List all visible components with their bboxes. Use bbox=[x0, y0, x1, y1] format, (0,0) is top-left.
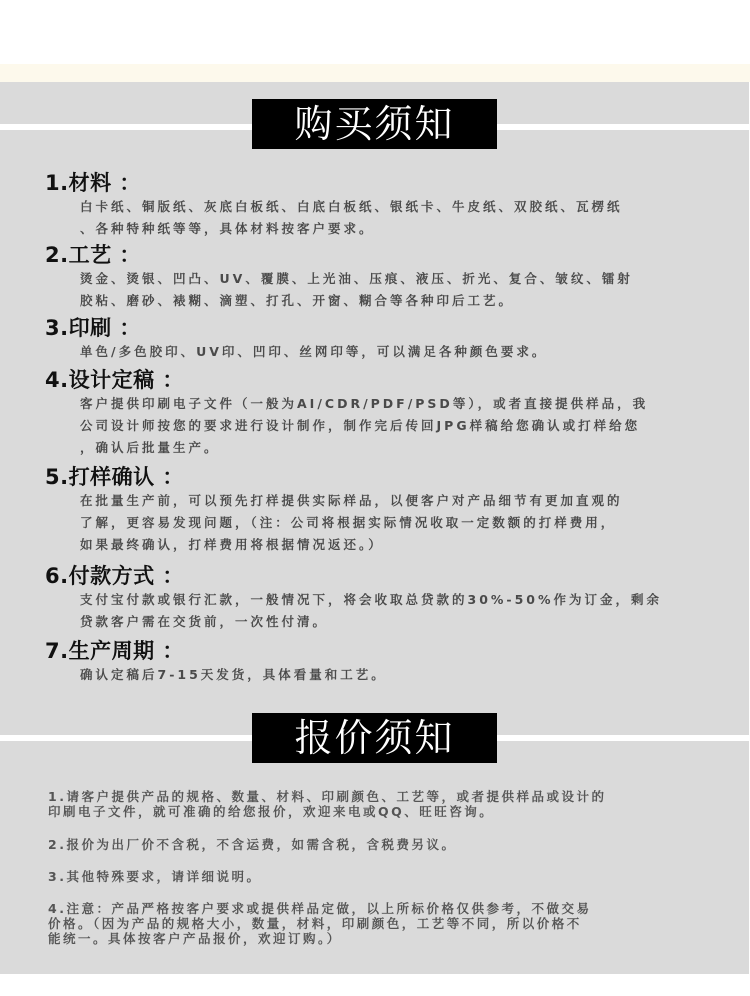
section-line: 、各种特种纸等等，具体材料按客户要求。 bbox=[80, 218, 623, 240]
section-line: 如果最终确认，打样费用将根据情况返还。） bbox=[80, 534, 623, 556]
section-payment: 6.付款方式 ： 支付宝付款或银行汇款，一般情况下，将会收取总贷款的30%-50… bbox=[45, 563, 662, 633]
section-line: 了解，更容易发现问题，（注：公司将根据实际情况收取一定数额的打样费用， bbox=[80, 512, 623, 534]
section-production-cycle: 7.生产周期 ： 确认定稿后7-15天发货，具体看量和工艺。 bbox=[45, 638, 387, 686]
purchase-notice-title: 购买须知 bbox=[252, 99, 497, 149]
section-line: 在批量生产前，可以预先打样提供实际样品，以便客户对产品细节有更加直观的 bbox=[80, 490, 623, 512]
section-heading: 6.付款方式 ： bbox=[45, 563, 662, 589]
note-line: 印刷电子文件，就可准确的给您报价，欢迎来电或QQ、旺旺咨询。 bbox=[48, 804, 708, 819]
section-heading: 4.设计定稿 ： bbox=[45, 367, 648, 393]
section-heading: 2.工艺 ： bbox=[45, 242, 633, 268]
section-line: 客户提供印刷电子文件（一般为AI/CDR/PDF/PSD等），或者直接提供样品，… bbox=[80, 393, 648, 415]
note-line: 4.注意：产品严格按客户要求或提供样品定做，以上所标价格仅供参考，不做交易 bbox=[48, 901, 708, 916]
quote-note-1: 1.请客户提供产品的规格、数量、材料、印刷颜色、工艺等，或者提供样品或设计的 印… bbox=[48, 789, 708, 819]
section-heading: 7.生产周期 ： bbox=[45, 638, 387, 664]
section-materials: 1.材料 ： 白卡纸、铜版纸、灰底白板纸、白底白板纸、银纸卡、牛皮纸、双胶纸、瓦… bbox=[45, 170, 623, 240]
note-line: 能统一。具体按客户产品报价，欢迎订购。） bbox=[48, 931, 708, 946]
section-heading: 3.印刷 ： bbox=[45, 315, 547, 341]
section-line: ，确认后批量生产。 bbox=[80, 437, 648, 459]
section-craft: 2.工艺 ： 烫金、烫银、凹凸、UV、覆膜、上光油、压痕、液压、折光、复合、皱纹… bbox=[45, 242, 633, 312]
section-design: 4.设计定稿 ： 客户提供印刷电子文件（一般为AI/CDR/PDF/PSD等），… bbox=[45, 367, 648, 459]
note-line: 1.请客户提供产品的规格、数量、材料、印刷颜色、工艺等，或者提供样品或设计的 bbox=[48, 789, 708, 804]
cream-band bbox=[0, 64, 750, 82]
note-line: 2.报价为出厂价不含税，不含运费，如需含税，含税费另议。 bbox=[48, 837, 708, 852]
section-proofing: 5.打样确认 ： 在批量生产前，可以预先打样提供实际样品，以便客户对产品细节有更… bbox=[45, 464, 623, 556]
section-line: 确认定稿后7-15天发货，具体看量和工艺。 bbox=[80, 664, 387, 686]
quote-note-4: 4.注意：产品严格按客户要求或提供样品定做，以上所标价格仅供参考，不做交易 价格… bbox=[48, 901, 708, 946]
quote-note-3: 3.其他特殊要求，请详细说明。 bbox=[48, 869, 708, 884]
section-line: 单色/多色胶印、UV印、凹印、丝网印等，可以满足各种颜色要求。 bbox=[80, 341, 547, 363]
section-printing: 3.印刷 ： 单色/多色胶印、UV印、凹印、丝网印等，可以满足各种颜色要求。 bbox=[45, 315, 547, 363]
quote-note-2: 2.报价为出厂价不含税，不含运费，如需含税，含税费另议。 bbox=[48, 837, 708, 852]
note-line: 3.其他特殊要求，请详细说明。 bbox=[48, 869, 708, 884]
section-line: 烫金、烫银、凹凸、UV、覆膜、上光油、压痕、液压、折光、复合、皱纹、镭射 bbox=[80, 268, 633, 290]
section-heading: 1.材料 ： bbox=[45, 170, 623, 196]
section-line: 白卡纸、铜版纸、灰底白板纸、白底白板纸、银纸卡、牛皮纸、双胶纸、瓦楞纸 bbox=[80, 196, 623, 218]
section-heading: 5.打样确认 ： bbox=[45, 464, 623, 490]
section-line: 支付宝付款或银行汇款，一般情况下，将会收取总贷款的30%-50%作为订金，剩余 bbox=[80, 589, 662, 611]
section-line: 胶粘、磨砂、裱糊、滴塑、打孔、开窗、糊合等各种印后工艺。 bbox=[80, 290, 633, 312]
section-line: 公司设计师按您的要求进行设计制作，制作完后传回JPG样稿给您确认或打样给您 bbox=[80, 415, 648, 437]
quote-notice-title: 报价须知 bbox=[252, 713, 497, 763]
section-line: 贷款客户需在交货前，一次性付清。 bbox=[80, 611, 662, 633]
note-line: 价格。（因为产品的规格大小，数量，材料，印刷颜色，工艺等不同，所以价格不 bbox=[48, 916, 708, 931]
